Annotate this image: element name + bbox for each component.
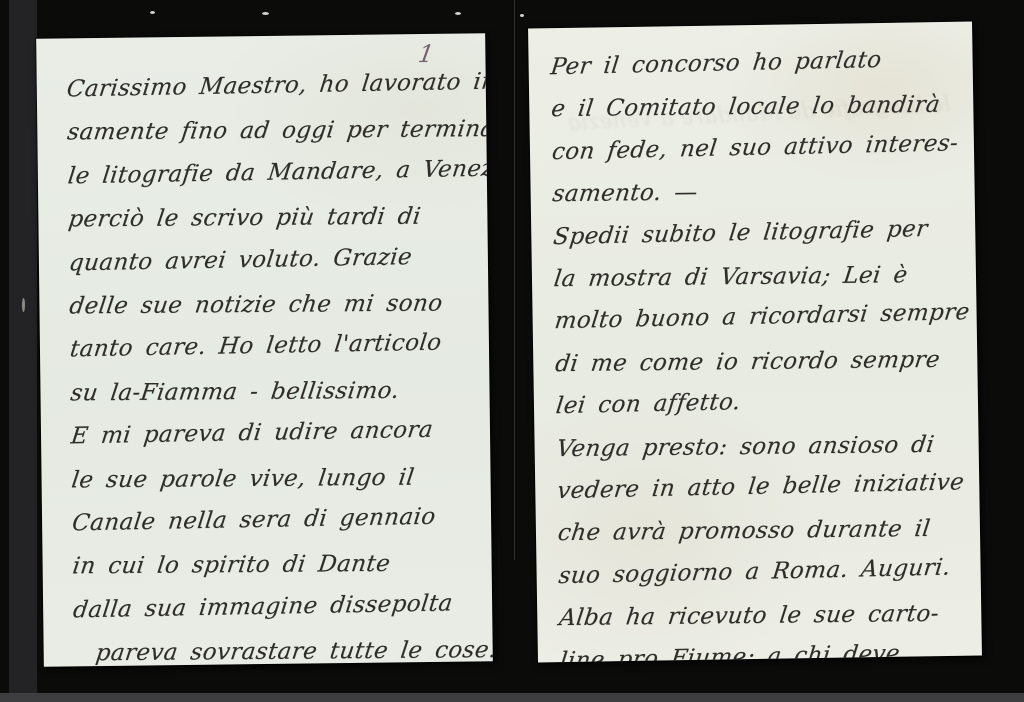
page-2-text-block: Per il concorso ho parlato e il Comitato… [528, 22, 982, 663]
handwriting-line: Canale nella sera di gennaio [69, 495, 486, 546]
page-1-text-block: Carissimo Maestro, ho lavorato inten- sa… [36, 33, 493, 666]
scanner-edge-strip [9, 0, 37, 702]
dust-speck [520, 14, 524, 17]
handwriting-line: quanto avrei voluto. Grazie [66, 234, 483, 285]
letter-scan: 1 Carissimo Maestro, ho lavorato inten- … [0, 0, 1024, 702]
scan-seam-line [514, 0, 515, 560]
handwriting-line: Carissimo Maestro, ho lavorato inten- [64, 61, 481, 112]
handwriting-line: suo soggiorno a Roma. Auguri. [556, 546, 977, 598]
handwriting-line: le litografie da Mandare, a Venezia [65, 148, 482, 199]
scratch-mark [22, 298, 25, 312]
handwriting-line: tanto care. Ho letto l'articolo [67, 321, 484, 372]
letter-page-2: le litografie da Mandare a Venezia Per i… [528, 22, 982, 663]
handwriting-line: Per il concorso ho parlato [548, 37, 969, 89]
dust-speck [262, 12, 269, 15]
handwriting-line: dalla sua immagine dissepolta [71, 582, 488, 633]
handwriting-line: Spedii subito le litografie per [551, 207, 972, 259]
handwriting-line: lei con affetto. [553, 376, 974, 428]
dust-speck [150, 11, 155, 14]
handwriting-line: vedere in atto le belle iniziative [555, 461, 976, 513]
scanner-bottom-strip [0, 693, 1024, 702]
handwriting-line: pareva sovrastare tutte le cose. [71, 629, 487, 666]
handwriting-line: con fede, nel suo attivo interes- [549, 122, 970, 174]
handwriting-line: E mi pareva di udire ancora [68, 408, 485, 459]
handwriting-line: molto buono a ricordarsi sempre [552, 291, 973, 343]
letter-page-1: 1 Carissimo Maestro, ho lavorato inten- … [36, 33, 493, 666]
dust-speck [455, 12, 461, 15]
